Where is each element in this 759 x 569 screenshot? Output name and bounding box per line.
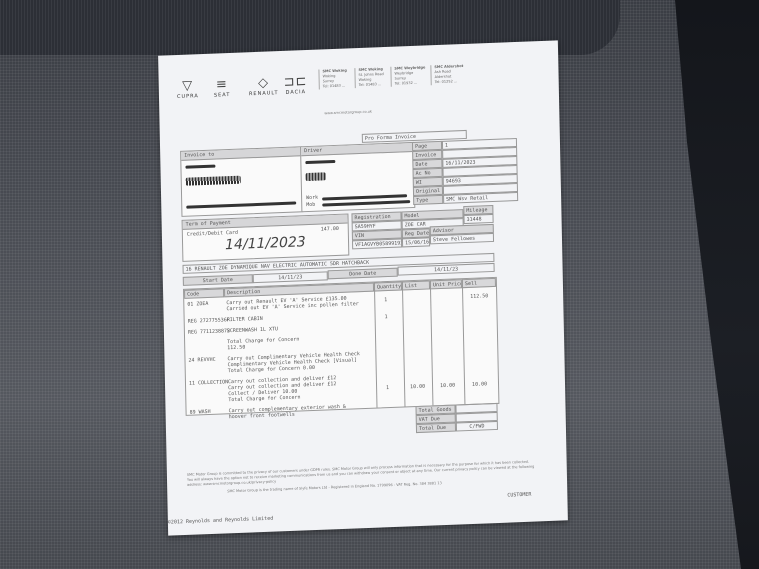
payment-amount: 147.00 — [321, 226, 339, 233]
handwritten-date: 14/11/2023 — [225, 234, 306, 253]
column-header: Quantity — [374, 282, 402, 292]
invoice-to-label: Invoice to — [181, 147, 301, 161]
column-header: List — [402, 280, 430, 290]
dacia-logo-icon: ⊐⊏ — [284, 74, 308, 90]
seat-logo-icon: ≡ — [214, 77, 231, 93]
total-due: C/FWD — [456, 421, 498, 432]
brand-cupra: ▽CUPRA — [177, 78, 199, 100]
renault-logo-icon: ◇ — [249, 75, 279, 91]
brand-dacia: ⊐⊏DACIA — [284, 74, 308, 96]
meta-label: Type — [413, 195, 443, 205]
driver-box: Driver Work Mob — [300, 142, 415, 212]
website: www.smcmotorgroup.co.uk — [324, 110, 372, 116]
copyright: ©2012 Reynolds and Reynolds Limited — [168, 516, 273, 526]
driver-label: Driver — [301, 143, 413, 156]
reg-date-value: 15/06/16 — [402, 237, 430, 247]
copy-label: CUSTOMER — [507, 492, 531, 499]
cupra-logo-icon: ▽ — [177, 78, 199, 94]
meta-value: SMC Wsv Retail — [443, 192, 518, 204]
invoice-document: ▽CUPRA ≡SEAT ◇RENAULT ⊐⊏DACIA SMC Woking… — [158, 40, 568, 535]
vin-value: VF1AGVYB058991937 — [352, 238, 402, 249]
column-header: Code — [184, 288, 224, 299]
advisor-value: Steve Fellowes — [430, 233, 494, 244]
payment-box: Term of Payment Credit/Debit Card 147.00… — [182, 214, 350, 262]
invoice-to-box: Invoice to — [180, 146, 303, 217]
brand-renault: ◇RENAULT — [249, 75, 279, 97]
column-header: Description — [224, 283, 374, 298]
column-header: Sell — [462, 278, 496, 288]
line-items-table: CodeDescriptionQuantityListUnit PriceSel… — [183, 277, 499, 416]
column-header: Unit Price — [430, 279, 462, 289]
branch-4: SMC AldershotAsh RoadAldershotTel: 01252… — [430, 63, 478, 85]
start-date: 14/11/23 — [253, 271, 328, 283]
brand-seat: ≡SEAT — [214, 77, 231, 99]
mileage-value: 31448 — [463, 214, 493, 224]
